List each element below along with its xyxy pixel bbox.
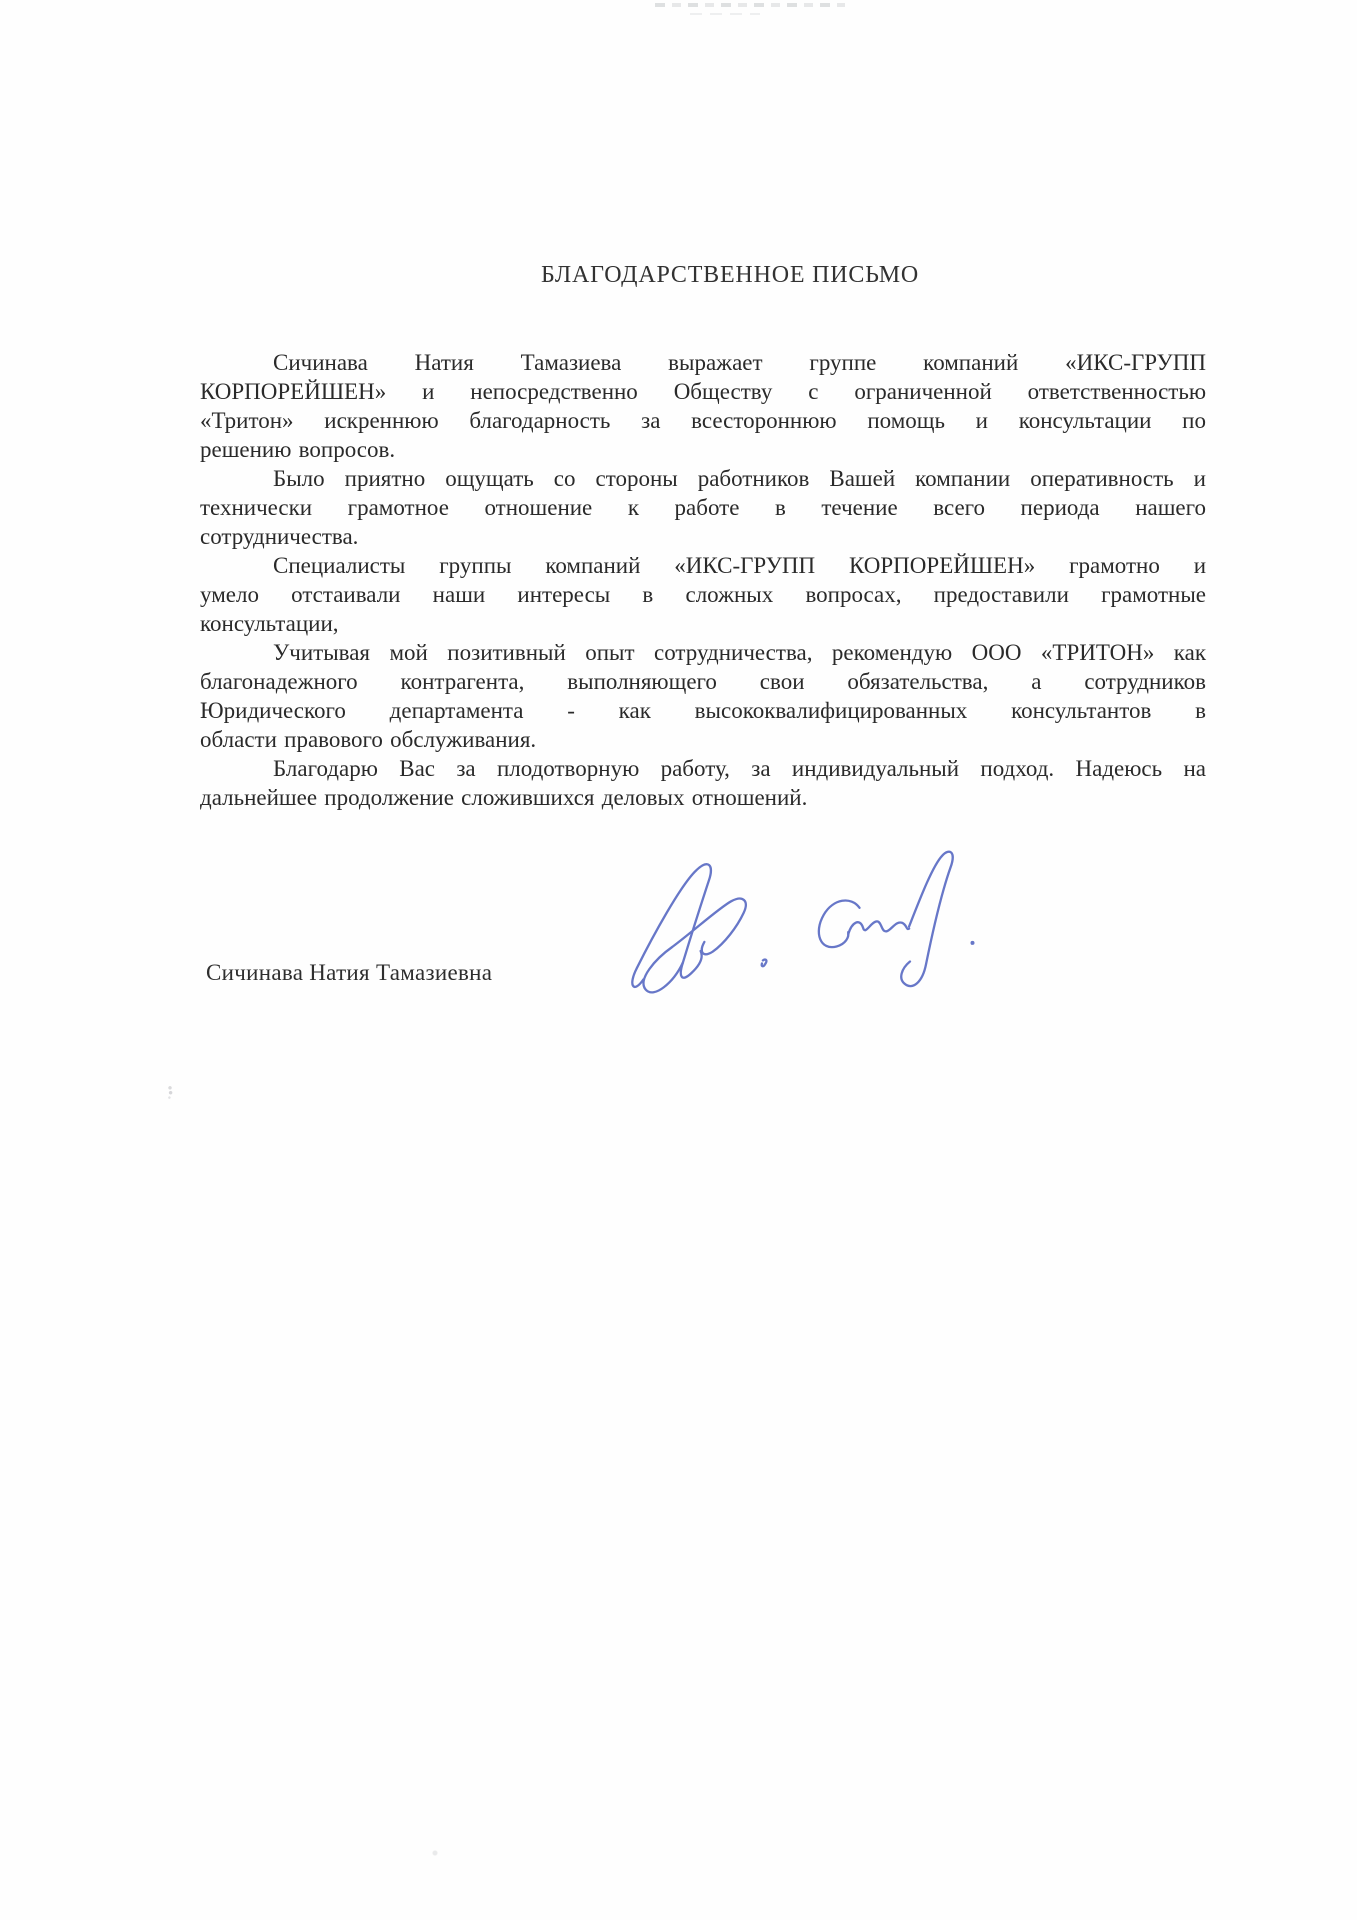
- paragraph-line: технически грамотное отношение к работе …: [200, 493, 1206, 522]
- paragraph-line: Сичинава Натия Тамазиева выражает группе…: [200, 348, 1206, 377]
- paragraph-line: благонадежного контрагента, выполняющего…: [200, 667, 1206, 696]
- paragraph-line: консультации,: [200, 609, 1206, 638]
- handwritten-signature-image: [626, 838, 1005, 1013]
- letter-body: Сичинава Натия Тамазиева выражает группе…: [200, 348, 1206, 812]
- signature-period: [970, 941, 974, 945]
- signature-stroke-tail: [898, 852, 956, 987]
- paragraph-line: области правового обслуживания.: [200, 725, 1206, 754]
- signer-name: Сичинава Натия Тамазиевна: [206, 960, 492, 986]
- paragraph-line: Было приятно ощущать со стороны работник…: [200, 464, 1206, 493]
- scanned-letter-page: БЛАГОДАРСТВЕННОЕ ПИСЬМО Сичинава Натия Т…: [0, 0, 1357, 1920]
- signature-stroke-humps: [848, 921, 909, 935]
- letter-title: БЛАГОДАРСТВЕННОЕ ПИСЬМО: [541, 262, 919, 289]
- paragraph-line: Благодарю Вас за плодотворную работу, за…: [200, 754, 1206, 783]
- signature-stroke-initial: [629, 864, 714, 987]
- paragraph-line: умело отстаивали наши интересы в сложных…: [200, 580, 1206, 609]
- paragraph-line: Специалисты группы компаний «ИКС-ГРУПП К…: [200, 551, 1206, 580]
- paragraph-line: решению вопросов.: [200, 435, 1206, 464]
- paragraph-line: Юридического департамента - как высококв…: [200, 696, 1206, 725]
- scan-artifact-top-2: [690, 13, 760, 15]
- paragraph-line: Учитывая мой позитивный опыт сотрудничес…: [200, 638, 1206, 667]
- signature-comma: [762, 960, 767, 967]
- scan-artifact-top: [655, 3, 845, 7]
- paragraph-line: дальнейшее продолжение сложившихся делов…: [200, 783, 1206, 812]
- scan-speck: [167, 1085, 173, 1099]
- paragraph-line: сотрудничества.: [200, 522, 1206, 551]
- scan-speck: [431, 1849, 439, 1857]
- paragraph-line: КОРПОРЕЙШЕН» и непосредственно Обществу …: [200, 377, 1206, 406]
- signature-stroke-loop: [641, 898, 748, 992]
- paragraph-line: «Тритон» искреннюю благодарность за всес…: [200, 406, 1206, 435]
